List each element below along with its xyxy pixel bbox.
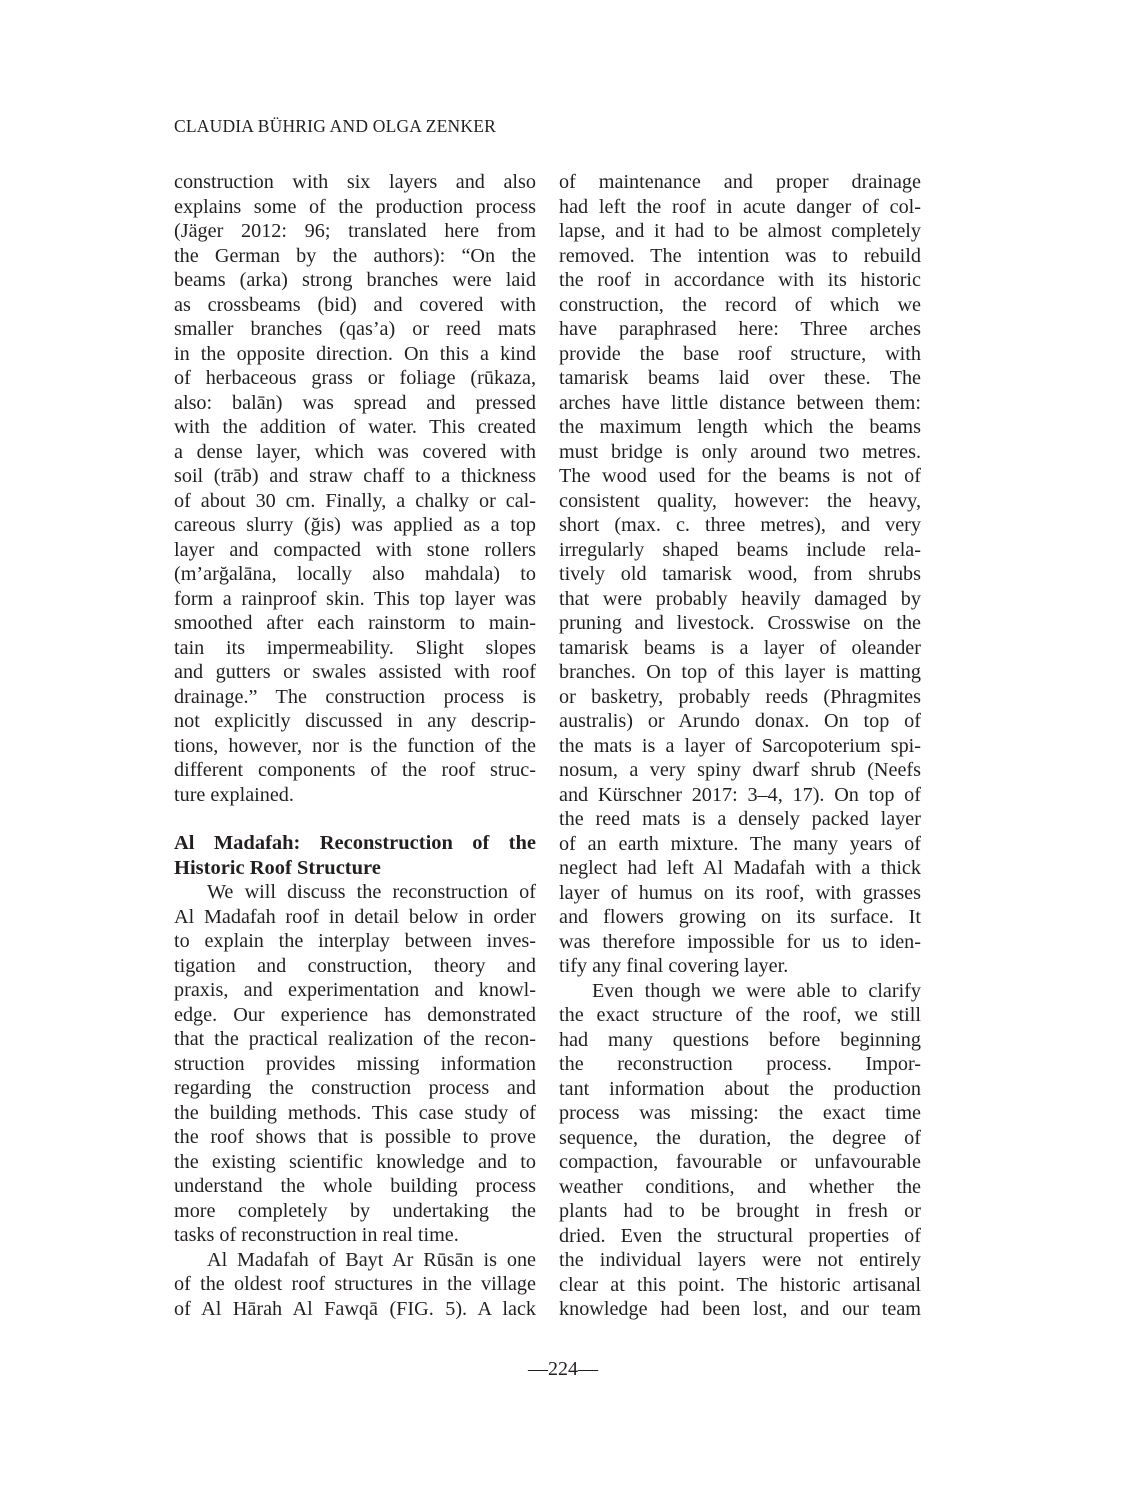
text-line: was therefore impossible for us to iden- [559, 930, 921, 955]
heading-line: Al Madafah: Reconstruction of the [174, 831, 536, 856]
text-line: (m’arğalāna, locally also mahdala) to [174, 562, 536, 587]
text-line: as crossbeams (bid) and covered with [174, 293, 536, 318]
text-line: sequence, the duration, the degree of [559, 1126, 921, 1151]
text-line: of about 30 cm. Finally, a chalky or cal… [174, 489, 536, 514]
text-line: lapse, and it had to be almost completel… [559, 219, 921, 244]
right-column: of maintenance and proper drainage had l… [559, 170, 921, 1322]
text-line: that the practical realization of the re… [174, 1027, 536, 1052]
text-line: (Jäger 2012: 96; translated here from [174, 219, 536, 244]
section-heading: Al Madafah: Reconstruction of the Histor… [174, 831, 536, 880]
text-line: smoothed after each rainstorm to main- [174, 611, 536, 636]
text-line: tant information about the production [559, 1077, 921, 1102]
text-line: australis) or Arundo donax. On top of [559, 709, 921, 734]
text-line: tigation and construction, theory and [174, 954, 536, 979]
text-line: careous slurry (ğis) was applied as a to… [174, 513, 536, 538]
text-line: explains some of the production process [174, 195, 536, 220]
text-line: Even though we were able to clarify [559, 979, 921, 1004]
text-line: the reconstruction process. Impor- [559, 1052, 921, 1077]
text-line: the maximum length which the beams [559, 415, 921, 440]
text-line: construction with six layers and also [174, 170, 536, 195]
text-line: the roof shows that is possible to prove [174, 1125, 536, 1150]
paragraph-roof-layers: construction with six layers and also ex… [174, 170, 536, 807]
left-column: construction with six layers and also ex… [174, 170, 536, 1321]
text-line: in the opposite direction. On this a kin… [174, 342, 536, 367]
text-line: the reed mats is a densely packed layer [559, 807, 921, 832]
text-line: the roof in accordance with its historic [559, 268, 921, 293]
text-line: and gutters or swales assisted with roof [174, 660, 536, 685]
paragraph-madafah-age: Al Madafah of Bayt Ar Rūsān is one of th… [174, 1248, 536, 1322]
text-line: the exact structure of the roof, we stil… [559, 1003, 921, 1028]
text-line: branches. On top of this layer is mattin… [559, 660, 921, 685]
text-line: short (max. c. three metres), and very [559, 513, 921, 538]
text-line: tain its impermeability. Slight slopes [174, 636, 536, 661]
text-line: tify any final covering layer. [559, 954, 921, 979]
text-line: or basketry, probably reeds (Phragmites [559, 685, 921, 710]
text-line: tamarisk beams is a layer of oleander [559, 636, 921, 661]
text-line: the existing scientific knowledge and to [174, 1150, 536, 1175]
text-line: irregularly shaped beams include rela- [559, 538, 921, 563]
text-line: a dense layer, which was covered with [174, 440, 536, 465]
text-line: different components of the roof struc- [174, 758, 536, 783]
text-line: plants had to be brought in fresh or [559, 1199, 921, 1224]
text-line: form a rainproof skin. This top layer wa… [174, 587, 536, 612]
text-line: soil (trāb) and straw chaff to a thickne… [174, 464, 536, 489]
text-line: pruning and livestock. Crosswise on the [559, 611, 921, 636]
text-line: of an earth mixture. The many years of [559, 832, 921, 857]
text-line: of the oldest roof structures in the vil… [174, 1272, 536, 1297]
paragraph-roof-structure: of maintenance and proper drainage had l… [559, 170, 921, 979]
text-line: knowledge had been lost, and our team [559, 1297, 921, 1322]
text-line: layer and compacted with stone rollers [174, 538, 536, 563]
text-line: tasks of reconstruction in real time. [174, 1223, 536, 1248]
text-line: and flowers growing on its surface. It [559, 905, 921, 930]
text-line: edge. Our experience has demonstrated [174, 1003, 536, 1028]
text-line: had many questions before beginning [559, 1028, 921, 1053]
text-line: understand the whole building process [174, 1174, 536, 1199]
text-line: that were probably heavily damaged by [559, 587, 921, 612]
text-line: of maintenance and proper drainage [559, 170, 921, 195]
text-line: the building methods. This case study of [174, 1101, 536, 1126]
text-line: neglect had left Al Madafah with a thick [559, 856, 921, 881]
text-line: tively old tamarisk wood, from shrubs [559, 562, 921, 587]
text-line: struction provides missing information [174, 1052, 536, 1077]
running-head: CLAUDIA BÜHRIG AND OLGA ZENKER [174, 116, 496, 137]
text-line: tamarisk beams laid over these. The [559, 366, 921, 391]
paragraph-reconstruction-intro: We will discuss the reconstruction of Al… [174, 880, 536, 1248]
text-line: Al Madafah roof in detail below in order [174, 905, 536, 930]
text-line: and Kürschner 2017: 3–4, 17). On top of [559, 783, 921, 808]
text-line: arches have little distance between them… [559, 391, 921, 416]
text-line: not explicitly discussed in any descrip- [174, 709, 536, 734]
text-line: The wood used for the beams is not of [559, 464, 921, 489]
text-line: regarding the construction process and [174, 1076, 536, 1101]
text-line: process was missing: the exact time [559, 1101, 921, 1126]
text-line: the German by the authors): “On the [174, 244, 536, 269]
text-line: praxis, and experimentation and knowl- [174, 978, 536, 1003]
text-line: clear at this point. The historic artisa… [559, 1273, 921, 1298]
text-line: of Al Hārah Al Fawqā (FIG. 5). A lack [174, 1297, 536, 1322]
text-line: more completely by undertaking the [174, 1199, 536, 1224]
text-line: ture explained. [174, 783, 536, 808]
text-line: layer of humus on its roof, with grasses [559, 881, 921, 906]
text-line: of herbaceous grass or foliage (rūkaza, [174, 366, 536, 391]
text-line: weather conditions, and whether the [559, 1175, 921, 1200]
text-line: had left the roof in acute danger of col… [559, 195, 921, 220]
text-line: compaction, favourable or unfavourable [559, 1150, 921, 1175]
text-line: Al Madafah of Bayt Ar Rūsān is one [174, 1248, 536, 1273]
text-line: drainage.” The construction process is [174, 685, 536, 710]
text-line: removed. The intention was to rebuild [559, 244, 921, 269]
text-line: must bridge is only around two metres. [559, 440, 921, 465]
text-line: have paraphrased here: Three arches [559, 317, 921, 342]
page-number: —224— [0, 1358, 1126, 1381]
text-line: the mats is a layer of Sarcopoterium spi… [559, 734, 921, 759]
text-line: provide the base roof structure, with [559, 342, 921, 367]
text-line: smaller branches (qas’a) or reed mats [174, 317, 536, 342]
text-line: dried. Even the structural properties of [559, 1224, 921, 1249]
text-line: the individual layers were not entirely [559, 1248, 921, 1273]
text-line: consistent quality, however: the heavy, [559, 489, 921, 514]
paragraph-open-questions: Even though we were able to clarify the … [559, 979, 921, 1322]
text-line: with the addition of water. This created [174, 415, 536, 440]
heading-line: Historic Roof Structure [174, 856, 536, 881]
text-line: We will discuss the reconstruction of [174, 880, 536, 905]
text-line: beams (arka) strong branches were laid [174, 268, 536, 293]
text-line: construction, the record of which we [559, 293, 921, 318]
text-line: nosum, a very spiny dwarf shrub (Neefs [559, 758, 921, 783]
text-line: tions, however, nor is the function of t… [174, 734, 536, 759]
text-line: to explain the interplay between inves- [174, 929, 536, 954]
text-line: also: balān) was spread and pressed [174, 391, 536, 416]
